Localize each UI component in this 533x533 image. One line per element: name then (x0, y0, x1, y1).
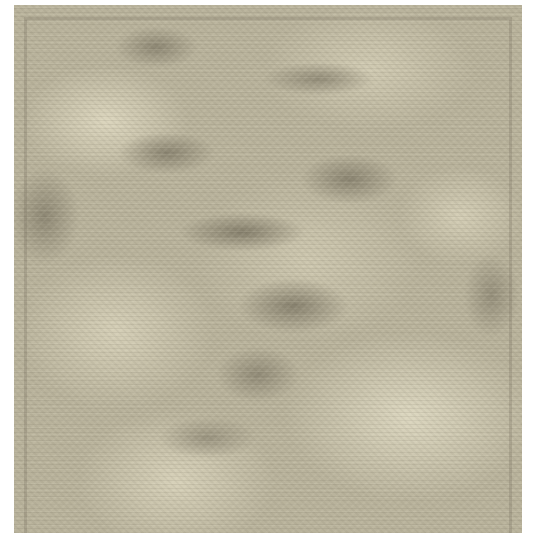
rug-border (24, 17, 512, 533)
rug-image (14, 5, 522, 533)
